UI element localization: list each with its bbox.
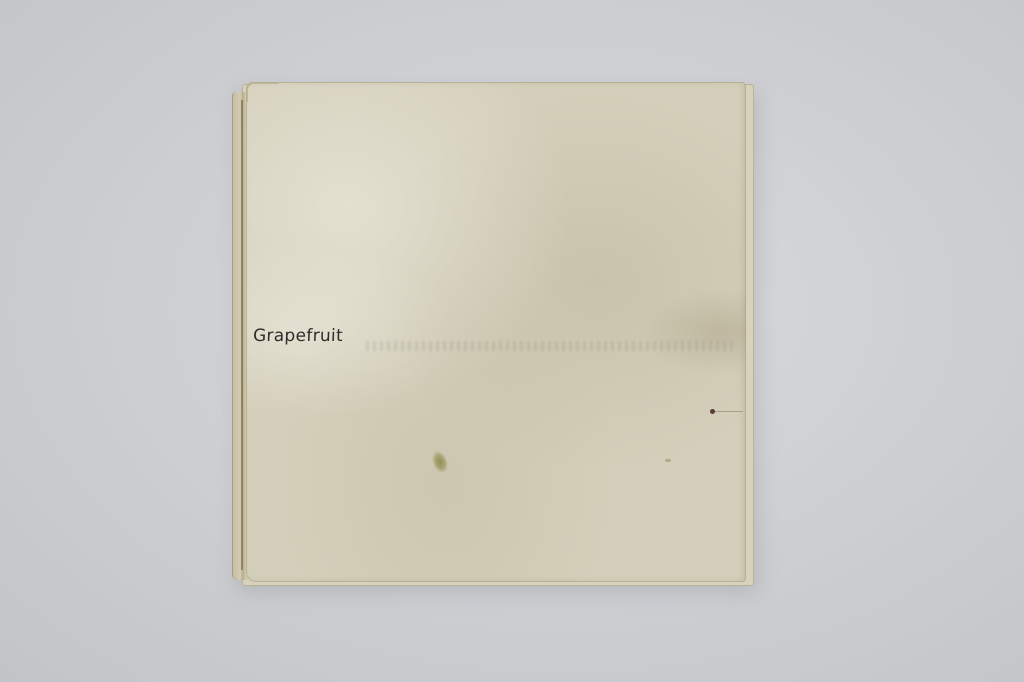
worn-corner <box>246 82 278 102</box>
small-stain-mark <box>665 459 671 462</box>
photo-scene: Grapefruit <box>0 0 1024 682</box>
spine-binding-line <box>241 100 243 570</box>
bleed-through-writing <box>366 341 736 351</box>
handwritten-title: Grapefruit <box>253 326 344 346</box>
faint-line-mark <box>715 411 743 412</box>
